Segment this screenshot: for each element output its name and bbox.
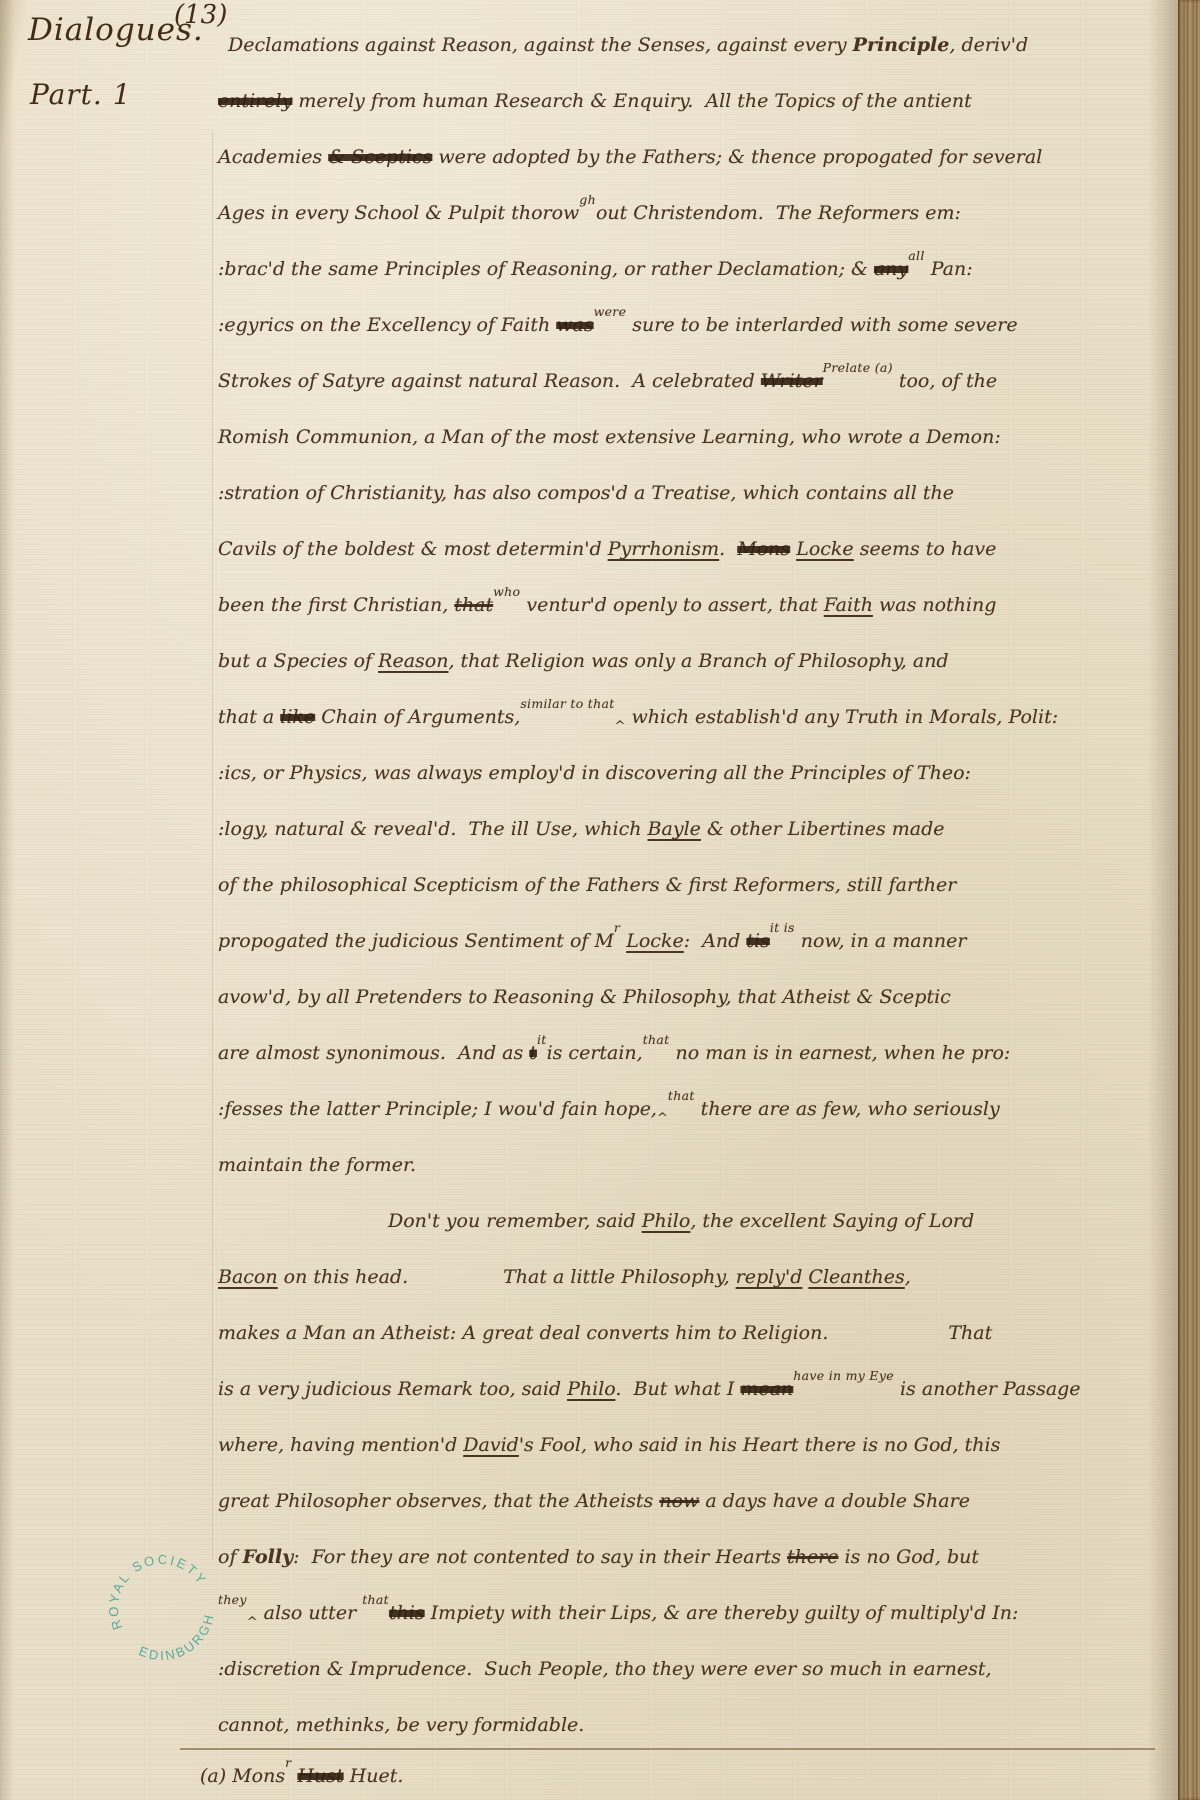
manuscript-line: cannot, methinks, be very formidable. bbox=[218, 1697, 1068, 1753]
text: of bbox=[218, 1546, 243, 1568]
text: :brac'd the same Principles of Reasoning… bbox=[218, 258, 874, 280]
scribbled-out-text: Hust bbox=[297, 1765, 343, 1787]
text: is certain, bbox=[547, 1042, 643, 1064]
text: of the philosophical Scepticism of the F… bbox=[218, 874, 956, 896]
page-edge-shadow bbox=[1148, 0, 1178, 1800]
underlined-text: Philo bbox=[642, 1210, 691, 1232]
scribbled-out-text: t bbox=[529, 1042, 537, 1064]
text: that a bbox=[218, 706, 280, 728]
scribbled-out-text: was bbox=[556, 314, 593, 336]
manuscript-line: is a very judicious Remark too, said Phi… bbox=[218, 1361, 1068, 1417]
manuscript-line: maintain the former. bbox=[218, 1137, 1068, 1193]
text: on this head. bbox=[278, 1266, 409, 1288]
underlined-text: Philo bbox=[567, 1378, 615, 1400]
manuscript-line: Cavils of the boldest & most determin'd … bbox=[218, 521, 1068, 577]
inserted-text: it bbox=[537, 1012, 547, 1068]
text: too, of the bbox=[893, 370, 997, 392]
inserted-text: who bbox=[493, 564, 520, 620]
text: Strokes of Satyre against natural Reason… bbox=[218, 370, 761, 392]
overwritten-text: Principle bbox=[853, 34, 950, 56]
manuscript-line: been the first Christian, thatwho ventur… bbox=[218, 577, 1068, 633]
text: That bbox=[948, 1322, 992, 1344]
underlined-text: Cleanthes bbox=[808, 1266, 904, 1288]
text: Ages in every School & Pulpit thorow bbox=[218, 202, 579, 224]
text: where, having mention'd bbox=[218, 1434, 463, 1456]
text: which establish'd any Truth in Morals, P… bbox=[625, 706, 1058, 728]
inserted-text: have in my Eye bbox=[793, 1348, 894, 1404]
scribbled-out-text: mean bbox=[740, 1378, 793, 1400]
text: Huet. bbox=[344, 1765, 404, 1787]
text: a days have a double Share bbox=[699, 1490, 970, 1512]
inserted-text: Prelate (a) bbox=[823, 340, 893, 396]
text: is no God, but bbox=[839, 1546, 980, 1568]
text: makes a Man an Atheist: A great deal con… bbox=[218, 1322, 828, 1344]
underlined-text: Faith bbox=[824, 594, 873, 616]
text: :egyrics on the Excellency of Faith bbox=[218, 314, 556, 336]
insertion-caret: ^ bbox=[615, 699, 626, 755]
manuscript-line: makes a Man an Atheist: A great deal con… bbox=[218, 1305, 1068, 1361]
manuscript-line: of Folly: For they are not contented to … bbox=[218, 1529, 1068, 1585]
inserted-text: similar to that bbox=[520, 676, 614, 732]
manuscript-line: Strokes of Satyre against natural Reason… bbox=[218, 353, 1068, 409]
page-left-edge bbox=[0, 0, 14, 1800]
manuscript-line: great Philosopher observes, that the Ath… bbox=[218, 1473, 1068, 1529]
text: 's Fool, who said in his Heart there is … bbox=[519, 1434, 1001, 1456]
manuscript-line: Romish Communion, a Man of the most exte… bbox=[218, 409, 1068, 465]
text: . bbox=[719, 538, 737, 560]
scribbled-out-text: any bbox=[874, 258, 908, 280]
text: Impiety with their Lips, & are thereby g… bbox=[425, 1602, 1019, 1624]
text: Chain of Arguments, bbox=[315, 706, 520, 728]
text: :stration of Christianity, has also comp… bbox=[218, 482, 954, 504]
text: (a) Mons bbox=[200, 1765, 285, 1787]
text: , bbox=[905, 1266, 911, 1288]
manuscript-line: entirely merely from human Research & En… bbox=[218, 73, 1068, 129]
overwritten-text: Folly bbox=[243, 1546, 294, 1568]
text: Academies bbox=[218, 146, 328, 168]
inserted-text: all bbox=[908, 228, 924, 284]
text: out Christendom. The Reformers em: bbox=[596, 202, 961, 224]
manuscript-line: that a like Chain of Arguments,similar t… bbox=[218, 689, 1068, 745]
text: is a very judicious Remark too, said bbox=[218, 1378, 567, 1400]
underlined-text: Reason bbox=[378, 650, 448, 672]
manuscript-line: :fesses the latter Principle; I wou'd fa… bbox=[218, 1081, 1068, 1137]
text: there are as few, who seriously bbox=[695, 1098, 1000, 1120]
scribbled-out-text: this bbox=[389, 1602, 425, 1624]
manuscript-line: :egyrics on the Excellency of Faith wasw… bbox=[218, 297, 1068, 353]
manuscript-line: :logy, natural & reveal'd. The ill Use, … bbox=[218, 801, 1068, 857]
text: :fesses the latter Principle; I wou'd fa… bbox=[218, 1098, 657, 1120]
text: , that Religion was only a Branch of Phi… bbox=[448, 650, 948, 672]
text: been the first Christian, bbox=[218, 594, 454, 616]
text: was nothing bbox=[873, 594, 996, 616]
text: That a little Philosophy, bbox=[503, 1266, 736, 1288]
manuscript-line: Bacon on this head.That a little Philoso… bbox=[218, 1249, 1068, 1305]
manuscript-line: :ics, or Physics, was always employ'd in… bbox=[218, 745, 1068, 801]
footnote-rule bbox=[180, 1748, 1155, 1750]
manuscript-part-label: Part. 1 bbox=[30, 78, 132, 111]
text: : For they are not contented to say in t… bbox=[293, 1546, 787, 1568]
manuscript-line: of the philosophical Scepticism of the F… bbox=[218, 857, 1068, 913]
deleted-text: now bbox=[659, 1490, 699, 1512]
manuscript-line: but a Species of Reason, that Religion w… bbox=[218, 633, 1068, 689]
inserted-text: that bbox=[362, 1572, 389, 1628]
scribbled-out-text: tis bbox=[746, 930, 769, 952]
manuscript-page: Dialogues. Part. 1 (13) Declamations aga… bbox=[0, 0, 1200, 1800]
text: :discretion & Imprudence. Such People, t… bbox=[218, 1658, 992, 1680]
scribbled-out-text: entirely bbox=[218, 90, 292, 112]
margin-rule bbox=[212, 130, 213, 1560]
stamp-bottom-text: EDINBURGH bbox=[132, 1606, 228, 1678]
text: propogated the judicious Sentiment of M bbox=[218, 930, 614, 952]
insertion-caret: ^ bbox=[657, 1091, 668, 1147]
text: merely from human Research & Enquiry. Al… bbox=[292, 90, 971, 112]
deleted-text: that bbox=[454, 594, 493, 616]
text: no man is in earnest, when he pro: bbox=[669, 1042, 1010, 1064]
text: :logy, natural & reveal'd. The ill Use, … bbox=[218, 818, 648, 840]
text: . But what I bbox=[615, 1378, 740, 1400]
manuscript-line: Don't you remember, said Philo, the exce… bbox=[218, 1193, 1068, 1249]
text: ventur'd openly to assert, that bbox=[520, 594, 823, 616]
manuscript-line: propogated the judicious Sentiment of Mr… bbox=[218, 913, 1068, 969]
inserted-text: r bbox=[285, 1743, 291, 1783]
text: Romish Communion, a Man of the most exte… bbox=[218, 426, 1001, 448]
text: is another Passage bbox=[894, 1378, 1081, 1400]
text: great Philosopher observes, that the Ath… bbox=[218, 1490, 659, 1512]
scribbled-out-text: Writer bbox=[761, 370, 823, 392]
inserted-text: that bbox=[643, 1012, 670, 1068]
text: : And bbox=[684, 930, 747, 952]
inserted-text: were bbox=[594, 284, 627, 340]
inserted-text: it is bbox=[770, 900, 795, 956]
underlined-text: Bacon bbox=[218, 1266, 278, 1288]
scribbled-out-text: Mons bbox=[737, 538, 790, 560]
manuscript-line: they^ also utter thatthis Impiety with t… bbox=[218, 1585, 1068, 1641]
text: , the excellent Saying of Lord bbox=[690, 1210, 974, 1232]
text: but a Species of bbox=[218, 650, 378, 672]
book-binding-edge bbox=[1178, 0, 1200, 1800]
stamp-top-text: ROYAL SOCIETY bbox=[86, 1532, 211, 1634]
text: seems to have bbox=[854, 538, 997, 560]
text: were adopted by the Fathers; & thence pr… bbox=[432, 146, 1042, 168]
text: & other Libertines made bbox=[701, 818, 945, 840]
manuscript-line: are almost synonimous. And as titis cert… bbox=[218, 1025, 1068, 1081]
underlined-text: Pyrrhonism bbox=[608, 538, 719, 560]
manuscript-line: where, having mention'd David's Fool, wh… bbox=[218, 1417, 1068, 1473]
inserted-text: r bbox=[614, 900, 620, 956]
text: are almost synonimous. And as bbox=[218, 1042, 529, 1064]
text: now, in a manner bbox=[795, 930, 967, 952]
manuscript-line: Declamations against Reason, against the… bbox=[218, 17, 1068, 73]
inserted-text: that bbox=[668, 1068, 695, 1124]
footnote: (a) Monsr Hust Huet. bbox=[200, 1756, 403, 1798]
scribbled-out-text: like bbox=[280, 706, 315, 728]
underlined-text: Locke bbox=[626, 930, 683, 952]
underlined-text: Locke bbox=[796, 538, 853, 560]
underlined-text: Bayle bbox=[648, 818, 701, 840]
text: , deriv'd bbox=[949, 34, 1028, 56]
manuscript-line: Ages in every School & Pulpit thorowghou… bbox=[218, 185, 1068, 241]
manuscript-line: Academies & Sceptics were adopted by the… bbox=[218, 129, 1068, 185]
deleted-text: there bbox=[787, 1546, 838, 1568]
manuscript-text-block: Declamations against Reason, against the… bbox=[218, 17, 1068, 1753]
text: avow'd, by all Pretenders to Reasoning &… bbox=[218, 986, 951, 1008]
text: Pan: bbox=[925, 258, 973, 280]
inserted-text: gh bbox=[579, 172, 596, 228]
manuscript-line: :discretion & Imprudence. Such People, t… bbox=[218, 1641, 1068, 1697]
manuscript-line: :stration of Christianity, has also comp… bbox=[218, 465, 1068, 521]
text: Declamations against Reason, against the… bbox=[228, 34, 853, 56]
text: maintain the former. bbox=[218, 1154, 416, 1176]
underlined-text: reply'd bbox=[736, 1266, 803, 1288]
text: Cavils of the boldest & most determin'd bbox=[218, 538, 608, 560]
text: Don't you remember, said bbox=[388, 1210, 642, 1232]
manuscript-line: :brac'd the same Principles of Reasoning… bbox=[218, 241, 1068, 297]
text: sure to be interlarded with some severe bbox=[626, 314, 1017, 336]
text: :ics, or Physics, was always employ'd in… bbox=[218, 762, 971, 784]
underlined-text: David bbox=[463, 1434, 519, 1456]
scribbled-out-text: & Sceptics bbox=[328, 146, 432, 168]
text: cannot, methinks, be very formidable. bbox=[218, 1714, 584, 1736]
text: also utter bbox=[258, 1602, 363, 1624]
